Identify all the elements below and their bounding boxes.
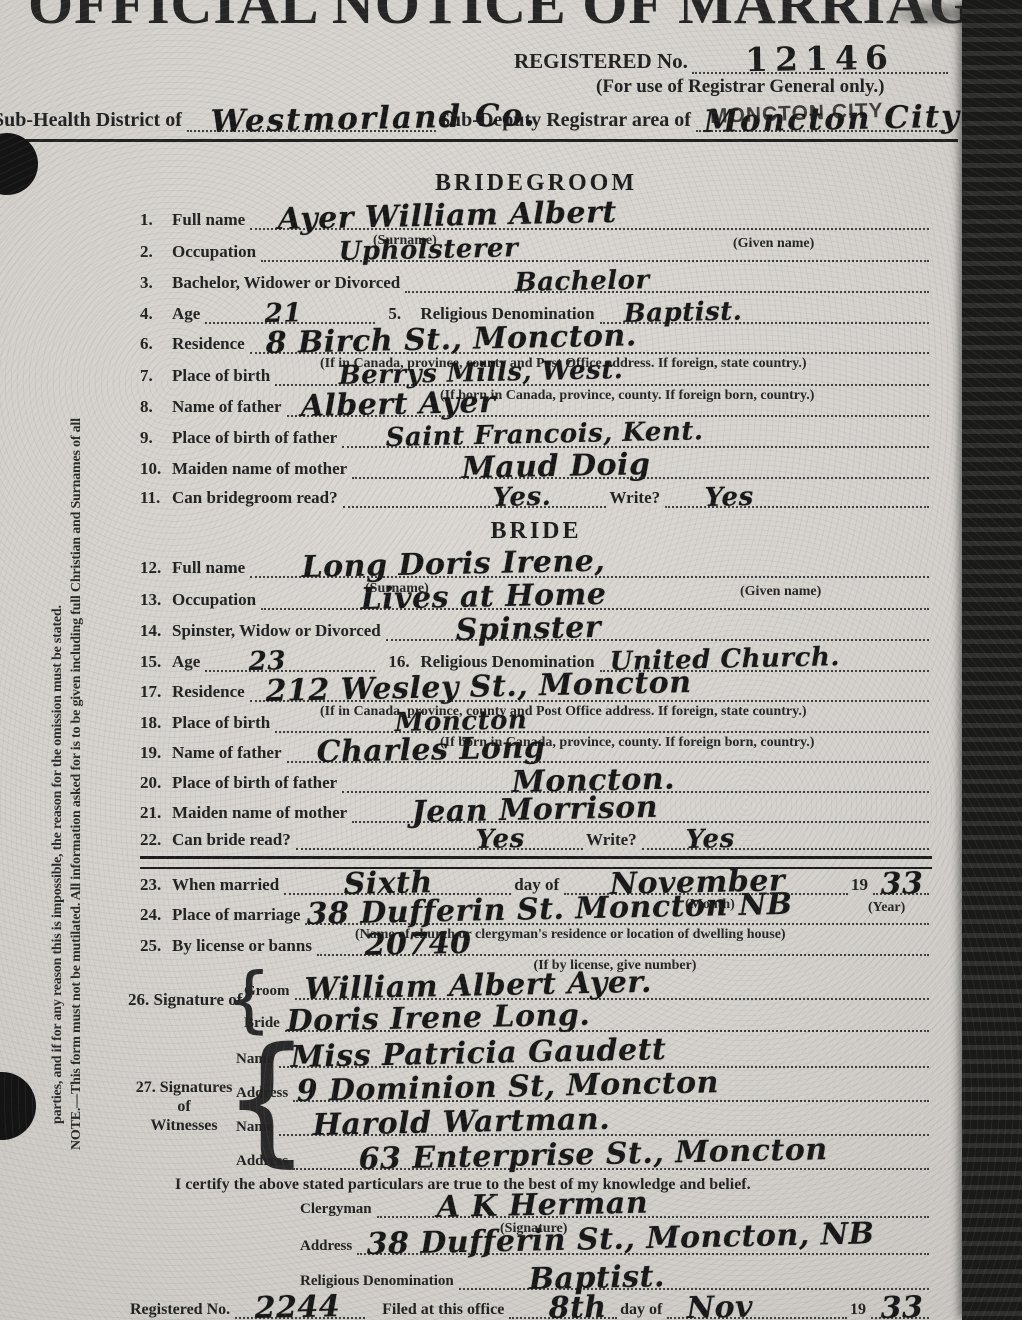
dotted-line: A K Herman (377, 1188, 929, 1218)
dotted-line: Upholsterer (261, 232, 929, 262)
handwritten-value: Yes. (492, 482, 551, 513)
field-bridegroom-father: 8. Name of father Albert Ayer (140, 389, 932, 417)
field-when-married: 23. When married Sixth day of November 1… (140, 867, 932, 895)
dotted-line: Baptist. (600, 294, 929, 324)
field-number: 13. (140, 590, 172, 610)
dotted-line: 8th (509, 1289, 617, 1319)
dotted-line: Spinster (386, 611, 929, 641)
dotted-line: Lives at Home (261, 580, 929, 610)
filed-day: 8th (549, 1290, 608, 1320)
field-number: 11. (140, 488, 172, 508)
field-number: 16. (388, 652, 420, 672)
bridegroom-heading: BRIDEGROOM (140, 170, 932, 197)
dotted-line: Miss Patricia Gaudett (279, 1038, 930, 1068)
margin-note: NOTE.—This form must not be mutilated. A… (48, 356, 86, 1150)
day-of-label: day of (620, 1301, 662, 1319)
field-bride-residence: 17. Residence 212 Wesley St., Moncton (140, 674, 932, 702)
field-number: 21. (140, 803, 172, 823)
field-label: Age (172, 652, 200, 672)
dotted-line: Albert Ayer (287, 387, 929, 417)
field-number: 25. (140, 936, 172, 956)
field-number: 3. (140, 273, 172, 293)
field-bride-status: 14. Spinster, Widow or Divorced Spinster (140, 613, 932, 641)
field-label: Maiden name of mother (172, 459, 347, 479)
field-label: Full name (172, 558, 245, 578)
field-witness2-address: Address 63 Enterprise St., Moncton (236, 1142, 932, 1170)
field-number: 6. (140, 334, 172, 354)
clergyman-label: Clergyman (300, 1201, 372, 1218)
address-label: Address (236, 1085, 288, 1102)
groom-label: Groom (244, 983, 290, 1000)
dotted-line: 38 Dufferin St., Moncton, NB (357, 1225, 929, 1255)
dotted-line: 23 (205, 642, 375, 672)
field-label: Occupation (172, 590, 256, 610)
filed-month: Nov (687, 1290, 754, 1320)
registrar-only-note: (For use of Registrar General only.) (596, 76, 884, 98)
dotted-line: 38 Dufferin St. Moncton NB (305, 895, 929, 925)
filed-label: Filed at this office (382, 1301, 504, 1319)
punch-hole-top (0, 133, 38, 195)
dotted-line: Ayer William Albert (250, 200, 929, 230)
handwritten-value: Yes (705, 482, 755, 513)
handwritten-value: Yes (475, 824, 525, 855)
form-title: OFFICIAL NOTICE OF MARRIAGE (28, 0, 908, 37)
dotted-line: William Albert Ayer. (295, 970, 929, 1000)
field-clergyman-religion: Religious Denomination Baptist. (300, 1262, 932, 1290)
field-bridegroom-occupation: 2. Occupation Upholsterer (140, 234, 932, 262)
dotted-line: Bachelor (405, 263, 929, 293)
field-number: 1. (140, 210, 172, 230)
dotted-line: 33 (873, 865, 929, 895)
filed-year: 33 (880, 1290, 923, 1320)
field-number: 4. (140, 304, 172, 324)
address-label: Address (300, 1238, 352, 1255)
dotted-line: Moncton. (342, 763, 929, 793)
field-bride-father: 19. Name of father Charles Long (140, 735, 932, 763)
field-witness1-address: Address 9 Dominion St, Moncton (236, 1074, 932, 1102)
witness1-address: 9 Dominion St, Moncton (297, 1065, 720, 1109)
write-label: Write? (609, 488, 660, 508)
field-bride-birthplace: 18. Place of birth Moncton (140, 705, 932, 733)
field-number: 12. (140, 558, 172, 578)
field-label: Name of father (172, 397, 282, 417)
margin-note-line2: parties, and if for any reason this is i… (48, 356, 67, 1150)
field-bridegroom-full-name: 1. Full name Ayer William Albert (140, 202, 932, 230)
sub-health-district-line: Westmorland Co. (187, 98, 436, 132)
clergyman-signature: A K Herman (436, 1186, 648, 1225)
dotted-line: Yes. (343, 478, 607, 508)
field-number: 22. (140, 830, 172, 850)
dotted-line: Doris Irene Long. (285, 1002, 929, 1032)
dotted-line: 63 Enterprise St., Moncton (293, 1140, 929, 1170)
field-bride-literacy: 22. Can bride read? Yes Write? Yes (140, 822, 932, 850)
field-number: 2. (140, 242, 172, 262)
field-number: 5. (388, 304, 420, 324)
field-label: Place of birth of father (172, 428, 337, 448)
registered-no-row: REGISTERED No. 12146 (514, 44, 948, 74)
handwritten-value: 8 Birch St., Moncton. (265, 318, 637, 361)
field-bridegroom-status: 3. Bachelor, Widower or Divorced Bachelo… (140, 265, 932, 293)
dotted-line: Moncton (275, 703, 929, 733)
sub-deputy-line: Moncton City MONCTON CITY (696, 98, 945, 132)
dotted-line: Nov (667, 1289, 847, 1319)
address-label: Address (236, 1153, 288, 1170)
field-label: By license or banns (172, 936, 312, 956)
field-number: 18. (140, 713, 172, 733)
field-bridegroom-birthplace: 7. Place of birth Berrys Mills, West. (140, 358, 932, 386)
field-bridegroom-father-birthplace: 9. Place of birth of father Saint Franco… (140, 420, 932, 448)
handwritten-value: Ayer William Albert (277, 195, 617, 237)
scanned-marriage-form: OFFICIAL NOTICE OF MARRIAGE REGISTERED N… (0, 0, 1022, 1320)
field-number: 15. (140, 652, 172, 672)
field-witness2-name: Name Harold Wartman. (236, 1108, 932, 1136)
field-label: Place of birth of father (172, 773, 337, 793)
registered-no-label: Registered No. (130, 1301, 230, 1319)
dotted-line: 9 Dominion St, Moncton (293, 1072, 929, 1102)
margin-note-line1: NOTE.—This form must not be mutilated. A… (67, 356, 86, 1150)
field-number: 26. (128, 990, 149, 1009)
field-number: 10. (140, 459, 172, 479)
bride-heading: BRIDE (140, 518, 932, 545)
field-clergyman-address: Address 38 Dufferin St., Moncton, NB (300, 1227, 932, 1255)
dotted-line: 21 (205, 294, 375, 324)
field-label: Spinster, Widow or Divorced (172, 621, 381, 641)
dotted-line: 20740 (317, 926, 929, 956)
registered-no-value: 12146 (745, 38, 895, 80)
dotted-line: Long Doris Irene, (250, 548, 929, 578)
field-number: 9. (140, 428, 172, 448)
dotted-line: 8 Birch St., Moncton. (250, 324, 929, 354)
field-bridegroom-mother: 10. Maiden name of mother Maud Doig (140, 451, 932, 479)
dotted-line: Yes (665, 478, 929, 508)
dotted-line: Yes (296, 820, 583, 850)
field-number: 7. (140, 366, 172, 386)
field-bride-father-birthplace: 20. Place of birth of father Moncton. (140, 765, 932, 793)
field-number: 17. (140, 682, 172, 702)
field-number: 8. (140, 397, 172, 417)
field-witness1-name: Name Miss Patricia Gaudett (236, 1040, 932, 1068)
dotted-line: 2244 (235, 1289, 365, 1319)
dotted-line: Charles Long (287, 733, 929, 763)
field-clergyman: Clergyman A K Herman (300, 1190, 932, 1218)
year-prefix: 19 (851, 875, 868, 895)
field-bride-full-name: 12. Full name Long Doris Irene, (140, 550, 932, 578)
punch-hole-bottom (0, 1072, 36, 1140)
field-place-of-marriage: 24. Place of marriage 38 Dufferin St. Mo… (140, 897, 932, 925)
name-label: Name (236, 1119, 274, 1136)
handwritten-value: Yes (685, 824, 735, 855)
handwritten-value: Upholsterer (338, 233, 518, 267)
field-filed-row: Registered No. 2244 Filed at this office… (130, 1291, 932, 1319)
field-groom-signature: Groom William Albert Ayer. (244, 972, 932, 1000)
dotted-line: Saint Francois, Kent. (342, 418, 929, 448)
registered-no-label: REGISTERED No. (514, 49, 688, 74)
field-label: Can bridegroom read? (172, 488, 338, 508)
field-bride-occupation: 13. Occupation Lives at Home (140, 582, 932, 610)
dotted-line: Yes (642, 820, 929, 850)
field-label: When married (172, 875, 279, 895)
sub-health-district-value: Westmorland Co. (210, 97, 537, 140)
dotted-line: Jean Morrison (352, 793, 929, 823)
field-label: Full name (172, 210, 245, 230)
dotted-line: 212 Wesley St., Moncton (250, 672, 929, 702)
field-number: 23. (140, 875, 172, 895)
field-label: Residence (172, 334, 245, 354)
dotted-line: 33 (871, 1289, 929, 1319)
field-label: Name of father (172, 743, 282, 763)
year-prefix: 19 (850, 1301, 866, 1319)
field-label: Age (172, 304, 200, 324)
field-bridegroom-literacy: 11. Can bridegroom read? Yes. Write? Yes (140, 480, 932, 508)
field-number: 20. (140, 773, 172, 793)
field-label: Can bride read? (172, 830, 291, 850)
field-bride-signature: Bride Doris Irene Long. (244, 1004, 932, 1032)
film-edge-band (962, 0, 1022, 1320)
field-bridegroom-residence: 6. Residence 8 Birch St., Moncton. (140, 326, 932, 354)
field-label: Place of birth (172, 366, 270, 386)
registered-no-value: 2244 (254, 1289, 340, 1320)
field-number: 14. (140, 621, 172, 641)
field-number: 24. (140, 905, 172, 925)
field-label: Place of marriage (172, 905, 300, 925)
write-label: Write? (586, 830, 637, 850)
field-license: 25. By license or banns 20740 (140, 928, 932, 956)
header-rule (20, 139, 958, 142)
religion-label: Religious Denomination (300, 1273, 454, 1290)
field-label: Place of birth (172, 713, 270, 733)
field-number: 19. (140, 743, 172, 763)
district-row: Sub-Health District of Westmorland Co. S… (0, 100, 948, 132)
dotted-line: Maud Doig (352, 449, 929, 479)
sub-health-district-label: Sub-Health District of (0, 109, 182, 132)
name-label: Name (236, 1051, 274, 1068)
handwritten-value: 20740 (364, 926, 472, 963)
dotted-line: Baptist. (459, 1260, 929, 1290)
field-number: 27. (136, 1079, 156, 1096)
dotted-line: Harold Wartman. (279, 1106, 930, 1136)
field-label: Occupation (172, 242, 256, 262)
field-bride-mother: 21. Maiden name of mother Jean Morrison (140, 795, 932, 823)
registered-no-line: 12146 (692, 42, 948, 74)
dotted-line: Sixth (284, 865, 511, 895)
handwritten-value: Spinster (455, 610, 601, 648)
field-label: Bachelor, Widower or Divorced (172, 273, 400, 293)
handwritten-value: Saint Francois, Kent. (386, 416, 704, 453)
dotted-line: Berrys Mills, West. (275, 356, 929, 386)
field-label: Residence (172, 682, 245, 702)
bride-signature: Doris Irene Long. (286, 998, 590, 1039)
